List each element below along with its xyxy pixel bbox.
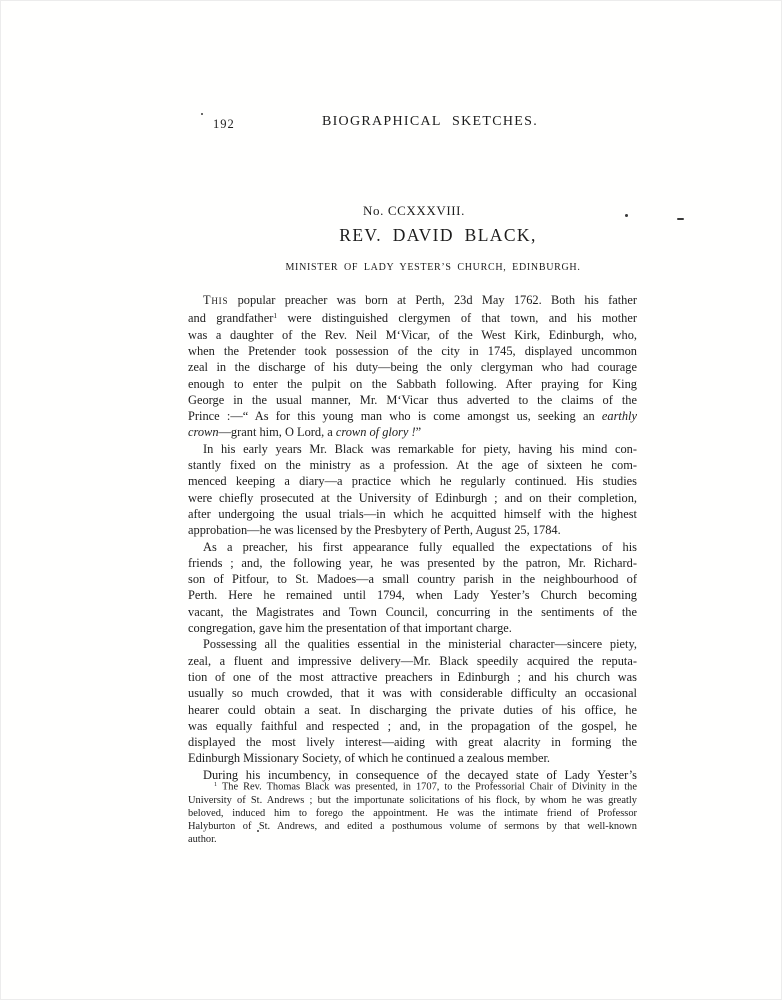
- text-line: tion of one of the most attractive preac…: [188, 669, 637, 685]
- text-line: usually so much crowded, that it was wit…: [188, 685, 637, 701]
- article-subtitle: MINISTER OF LADY YESTER’S CHURCH, EDINBU…: [285, 262, 580, 273]
- text-line: University of St. Andrews ; but the impo…: [188, 794, 637, 807]
- text-line: stantly fixed on the ministry as a profe…: [188, 457, 637, 473]
- text-line: Possessing all the qualities essential i…: [188, 636, 637, 652]
- text-line: menced keeping a diary—a practice which …: [188, 473, 637, 489]
- paragraph: Possessing all the qualities essential i…: [188, 636, 637, 766]
- text-line: Halyburton of St. Andrews, and edited a …: [188, 820, 637, 833]
- text-line: In his early years Mr. Black was remarka…: [188, 441, 637, 457]
- text-line: As a preacher, his first appearance full…: [188, 539, 637, 555]
- text-line: This popular preacher was born at Perth,…: [188, 292, 637, 308]
- scan-speck: [677, 218, 684, 220]
- styled-text-run: crown of glory !: [336, 425, 416, 439]
- paragraph: 1 The Rev. Thomas Black was presented, i…: [188, 778, 637, 846]
- text-line: displayed the most lively interest—aidin…: [188, 734, 637, 750]
- text-line: was a daughter of the Rev. Neil M‘Vicar,…: [188, 327, 637, 343]
- text-line: Perth. Here he remained until 1794, when…: [188, 587, 637, 603]
- text-line: enough to enter the pulpit on the Sabbat…: [188, 376, 637, 392]
- text-line: son of Pitfour, to St. Madoes—a small co…: [188, 571, 637, 587]
- styled-text-run: This: [203, 293, 228, 307]
- text-line: when the Pretender took possession of th…: [188, 343, 637, 359]
- footnote-reference: 1: [214, 781, 217, 788]
- scan-speck: [201, 113, 203, 115]
- text-line: crown—grant him, O Lord, a crown of glor…: [188, 424, 637, 440]
- text-line: zeal, a fluent and impressive delivery—M…: [188, 653, 637, 669]
- scan-speck: [257, 830, 259, 832]
- body-text: This popular preacher was born at Perth,…: [188, 292, 637, 783]
- text-line: and grandfather1 were distinguished cler…: [188, 308, 637, 326]
- text-line: vacant, the Magistrates and Town Council…: [188, 604, 637, 620]
- footnote: 1 The Rev. Thomas Black was presented, i…: [188, 778, 637, 846]
- text-line: was equally faithful and respected ; and…: [188, 718, 637, 734]
- running-header: BIOGRAPHICAL SKETCHES.: [322, 114, 538, 130]
- text-line: zeal in the discharge of his duty—being …: [188, 359, 637, 375]
- article-number: No. CCXXXVIII.: [363, 203, 465, 219]
- text-line: Prince :—“ As for this young man who is …: [188, 408, 637, 424]
- text-line: George in the usual manner, Mr. M‘Vicar …: [188, 392, 637, 408]
- text-line: author.: [188, 833, 637, 846]
- page: 192 BIOGRAPHICAL SKETCHES. No. CCXXXVIII…: [0, 0, 782, 1000]
- text-line: were chiefly prosecuted at the Universit…: [188, 490, 637, 506]
- text-line: 1 The Rev. Thomas Black was presented, i…: [188, 778, 637, 794]
- text-line: friends ; and, the following year, he wa…: [188, 555, 637, 571]
- footnote-reference: 1: [273, 311, 277, 320]
- paragraph: As a preacher, his first appearance full…: [188, 539, 637, 637]
- page-number: 192: [213, 117, 235, 132]
- text-line: beloved, induced him to forego the appoi…: [188, 807, 637, 820]
- paragraph: In his early years Mr. Black was remarka…: [188, 441, 637, 539]
- text-line: after undergoing the usual trials—in whi…: [188, 506, 637, 522]
- scan-speck: [625, 214, 628, 217]
- styled-text-run: crown: [188, 425, 219, 439]
- article-title: REV. DAVID BLACK,: [339, 225, 536, 246]
- text-line: hearer could obtain a seat. In dischargi…: [188, 702, 637, 718]
- text-line: approbation—he was licensed by the Presb…: [188, 522, 637, 538]
- text-line: congregation, gave him the presentation …: [188, 620, 637, 636]
- text-line: Edinburgh Missionary Society, of which h…: [188, 750, 637, 766]
- styled-text-run: earthly: [602, 409, 637, 423]
- paragraph: This popular preacher was born at Perth,…: [188, 292, 637, 441]
